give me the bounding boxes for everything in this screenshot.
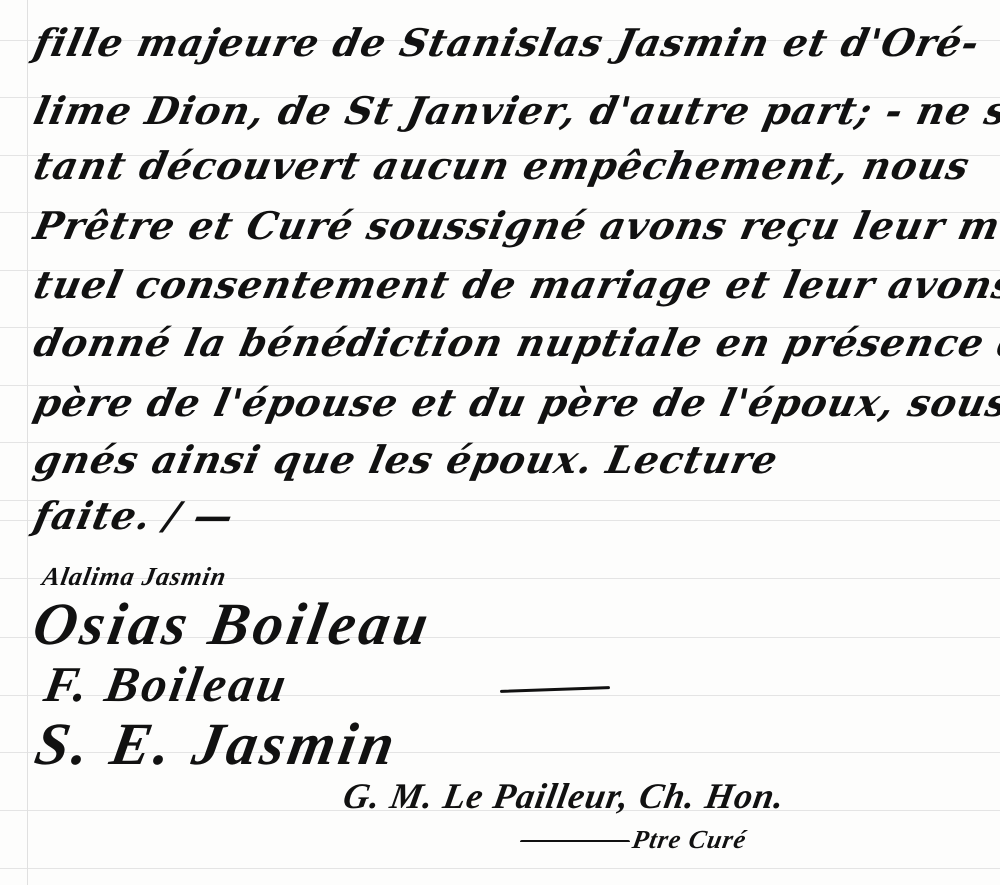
text-line: père de l'épouse et du père de l'époux, … xyxy=(30,380,1000,425)
ruled-line xyxy=(0,868,1000,869)
signature-flourish xyxy=(520,840,630,842)
text-line: Prêtre et Curé soussigné avons reçu leur… xyxy=(30,203,1000,248)
signature-bride: Alalima Jasmin xyxy=(40,562,229,592)
signature-title: Ptre Curé xyxy=(630,825,749,855)
text-line: tant découvert aucun empêchement, nous xyxy=(30,143,974,188)
signature-flourish xyxy=(500,686,610,693)
text-line: donné la bénédiction nuptiale en présenc… xyxy=(30,320,1000,365)
signature-officiant: G. M. Le Pailleur, Ch. Hon. xyxy=(340,775,788,817)
text-line: fille majeure de Stanislas Jasmin et d'O… xyxy=(30,20,984,65)
signature-bride-father: S. E. Jasmin xyxy=(30,710,404,779)
signature-groom-father: F. Boileau xyxy=(40,655,293,713)
text-line: gnés ainsi que les époux. Lecture xyxy=(30,437,782,482)
text-line: lime Dion, de St Janvier, d'autre part; … xyxy=(30,88,1000,133)
text-line: tuel consentement de mariage et leur avo… xyxy=(30,262,1000,307)
document-page: fille majeure de Stanislas Jasmin et d'O… xyxy=(0,0,1000,885)
text-line: faite. / — xyxy=(30,493,238,538)
margin-line xyxy=(27,0,28,885)
signature-groom: Osias Boileau xyxy=(28,590,437,659)
